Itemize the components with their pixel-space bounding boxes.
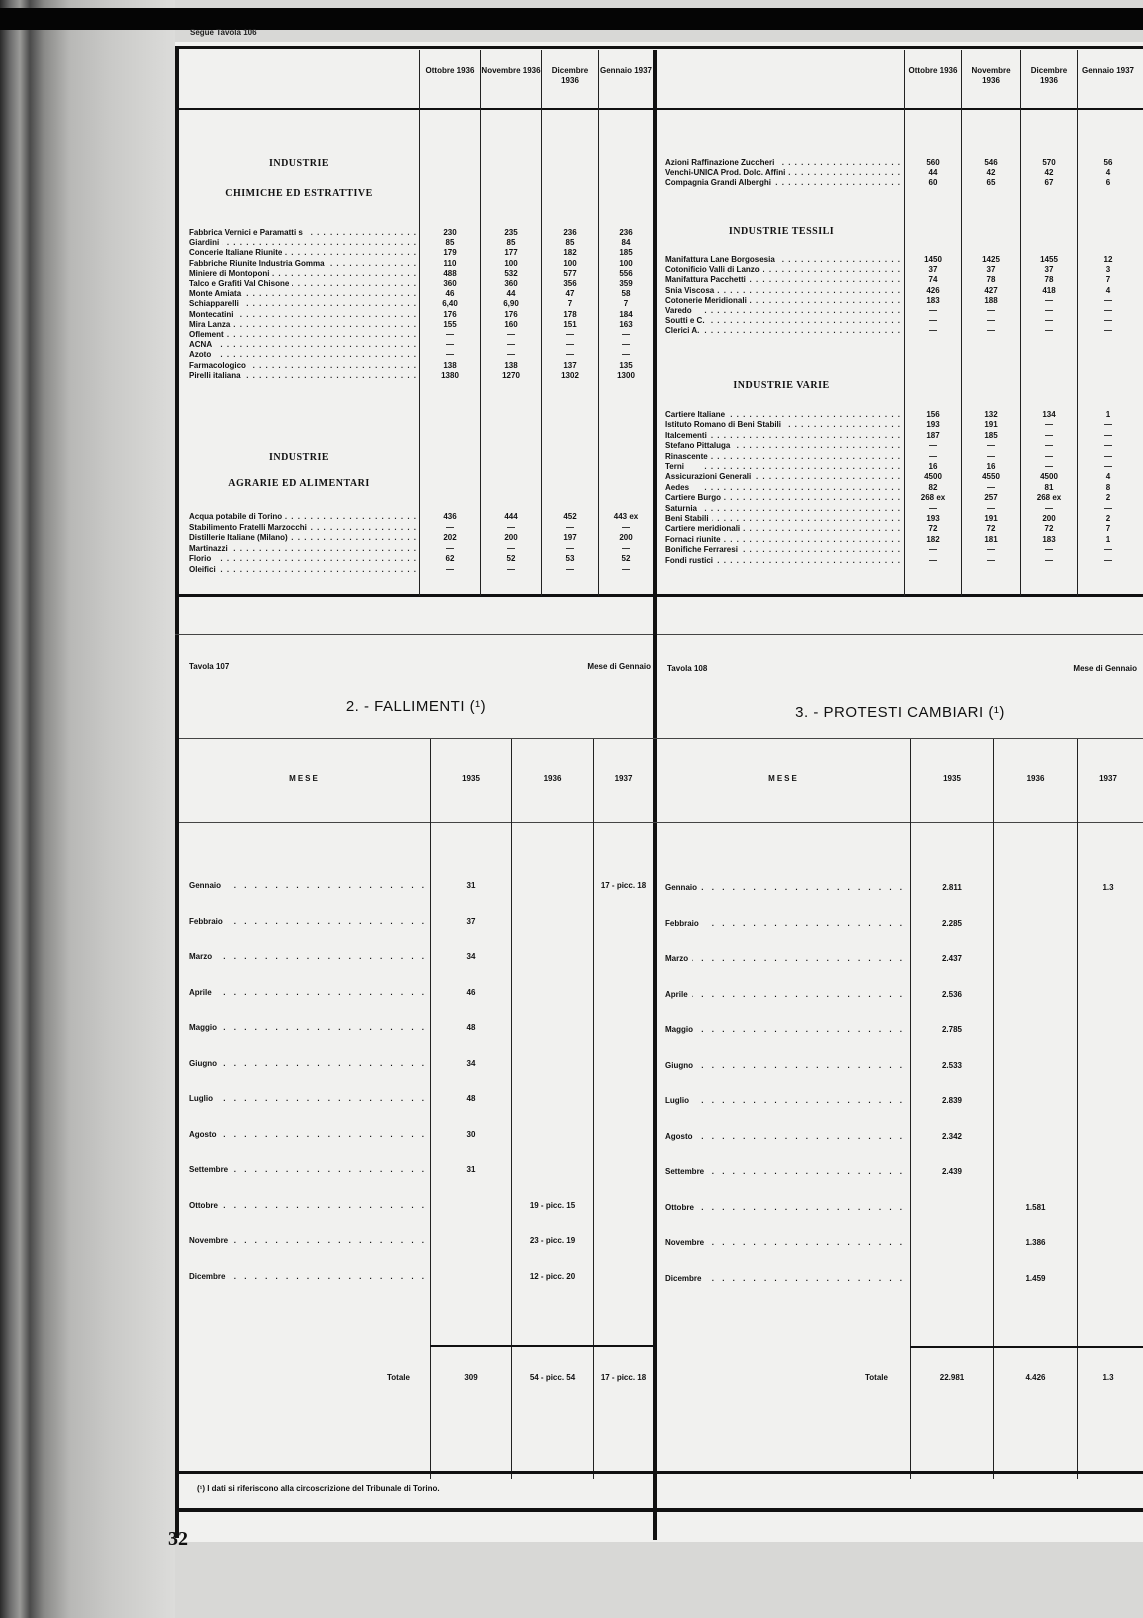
row-label: Talco e Grafiti Val Chisone bbox=[189, 279, 292, 289]
leader-dots: . . . . . . . . . . . . . . . . . . . . … bbox=[665, 504, 901, 514]
section-title-varie: INDUSTRIE VARIE bbox=[659, 380, 904, 391]
cell-value: 53 bbox=[542, 554, 598, 564]
cell-value: 134 bbox=[1021, 410, 1077, 420]
row-label: Italcementi bbox=[665, 431, 710, 441]
cell-value: 230 bbox=[420, 228, 480, 238]
row-label: Concerie Italiane Riunite bbox=[189, 248, 285, 258]
month-label: Marzo bbox=[189, 951, 216, 963]
cell-value: — bbox=[542, 350, 598, 360]
row-label: Cartiere Burgo bbox=[665, 493, 724, 503]
month-label: Luglio bbox=[189, 1093, 217, 1105]
section-title-agrarie-2: AGRARIE ED ALIMENTARI bbox=[179, 478, 419, 489]
cell-value: — bbox=[420, 565, 480, 575]
cell-value: 72 bbox=[905, 524, 961, 534]
table-row: . . . . . . . . . . . . . . . . . . . . … bbox=[189, 350, 653, 360]
row-label: Cartiere Italiane bbox=[665, 410, 728, 420]
col-header-novembre-1936-right: Novembre 1936 bbox=[962, 66, 1020, 86]
cell-value: 2 bbox=[1078, 493, 1138, 503]
table-row: . . . . . . . . . . . . . . . . . . . . … bbox=[189, 565, 653, 575]
cell-value: — bbox=[1021, 556, 1077, 566]
row-label: Montecatini bbox=[189, 310, 236, 320]
cell-value: — bbox=[962, 316, 1020, 326]
month-row: . . . . . . . . . . . . . . . . . . . . … bbox=[189, 916, 669, 928]
cell-value: 236 bbox=[599, 228, 653, 238]
cell-value: 138 bbox=[420, 361, 480, 371]
cell-value: 67 bbox=[1021, 178, 1077, 188]
cell-value: 200 bbox=[599, 533, 653, 543]
top-rule bbox=[175, 46, 1143, 49]
cell-value: 1455 bbox=[1021, 255, 1077, 265]
cell-value: — bbox=[905, 441, 961, 451]
col-divider bbox=[430, 739, 431, 1479]
row-label: Azoto bbox=[189, 350, 214, 360]
row-label: Clerici A. bbox=[665, 326, 702, 336]
section-title-agrarie-1: INDUSTRIE bbox=[179, 452, 419, 463]
month-row: . . . . . . . . . . . . . . . . . . . . … bbox=[665, 1273, 1143, 1285]
row-label: Schiapparelli bbox=[189, 299, 242, 309]
table-row: . . . . . . . . . . . . . . . . . . . . … bbox=[189, 361, 653, 371]
row-label: Rinascente bbox=[665, 452, 711, 462]
cell-value-1936: 19 - picc. 15 bbox=[512, 1200, 593, 1212]
cell-value-1937: 1.3 bbox=[1078, 882, 1138, 894]
cell-value-1935: 34 bbox=[431, 1058, 511, 1070]
cell-value: 135 bbox=[599, 361, 653, 371]
cell-value: 56 bbox=[1078, 158, 1138, 168]
cell-value: 236 bbox=[542, 228, 598, 238]
cell-value: 182 bbox=[905, 535, 961, 545]
total-row: Totale30954 - picc. 5417 - picc. 18 bbox=[189, 1372, 669, 1384]
cell-value: — bbox=[420, 350, 480, 360]
cell-value: 181 bbox=[962, 535, 1020, 545]
cell-value: 183 bbox=[905, 296, 961, 306]
row-label: Cartiere meridionali bbox=[665, 524, 743, 534]
cell-value: 42 bbox=[1021, 168, 1077, 178]
cell-value: — bbox=[1078, 545, 1138, 555]
table-107-title: 2. - FALLIMENTI (¹) bbox=[179, 698, 653, 715]
cell-value: 100 bbox=[599, 259, 653, 269]
cell-value: 560 bbox=[905, 158, 961, 168]
row-label: Pirelli italiana bbox=[189, 371, 244, 381]
leader-dots: . . . . . . . . . . . . . . . . . . . . … bbox=[665, 462, 901, 472]
table-row: . . . . . . . . . . . . . . . . . . . . … bbox=[665, 306, 1138, 316]
month-row: . . . . . . . . . . . . . . . . . . . . … bbox=[189, 951, 669, 963]
cell-value: 188 bbox=[962, 296, 1020, 306]
cell-value: 6,40 bbox=[420, 299, 480, 309]
cell-value: — bbox=[905, 316, 961, 326]
cell-value-1935: 2.811 bbox=[911, 882, 993, 894]
cell-value-1936: 1.459 bbox=[994, 1273, 1077, 1285]
cell-value: 202 bbox=[420, 533, 480, 543]
table-108-label: Tavola 108 bbox=[667, 664, 707, 673]
row-label: Fabbrica Vernici e Paramatti s bbox=[189, 228, 306, 238]
col-header-ottobre-1936: Ottobre 1936 bbox=[420, 66, 480, 76]
leader-dots: . . . . . . . . . . . . . . . . . . . . … bbox=[665, 1060, 905, 1072]
cell-value-1935: 30 bbox=[431, 1129, 511, 1141]
cell-value: 235 bbox=[481, 228, 541, 238]
running-header-left: Segue Tavola 106 bbox=[190, 28, 257, 37]
cell-value: — bbox=[905, 545, 961, 555]
col-header-1935-108: 1935 bbox=[911, 774, 993, 784]
cell-value: 193 bbox=[905, 420, 961, 430]
cell-value: 12 bbox=[1078, 255, 1138, 265]
table-row: . . . . . . . . . . . . . . . . . . . . … bbox=[665, 275, 1138, 285]
cell-value: 72 bbox=[962, 524, 1020, 534]
cell-value: 6 bbox=[1078, 178, 1138, 188]
cell-value: 3 bbox=[1078, 265, 1138, 275]
row-label: Martinazzi bbox=[189, 544, 231, 554]
cell-value: 44 bbox=[481, 289, 541, 299]
table-row: . . . . . . . . . . . . . . . . . . . . … bbox=[189, 248, 653, 258]
col-header-1937-108: 1937 bbox=[1078, 774, 1138, 784]
cell-value: — bbox=[481, 565, 541, 575]
month-label: Aprile bbox=[665, 989, 692, 1001]
table-108-period: Mese di Gennaio bbox=[1037, 664, 1137, 673]
cell-value: — bbox=[1021, 545, 1077, 555]
table-row: . . . . . . . . . . . . . . . . . . . . … bbox=[189, 299, 653, 309]
cell-value: 359 bbox=[599, 279, 653, 289]
cell-value: — bbox=[962, 441, 1020, 451]
cell-value: 268 ex bbox=[905, 493, 961, 503]
row-label: Farmacologico bbox=[189, 361, 249, 371]
footnote: (¹) I dati si riferiscono alla circoscri… bbox=[197, 1484, 440, 1493]
row-label: Soutti e C. bbox=[665, 316, 708, 326]
cell-value-1935: 31 bbox=[431, 880, 511, 892]
cell-value: 82 bbox=[905, 483, 961, 493]
section-title-tessili: INDUSTRIE TESSILI bbox=[659, 226, 904, 237]
cell-value: — bbox=[1078, 462, 1138, 472]
table-row: . . . . . . . . . . . . . . . . . . . . … bbox=[665, 514, 1138, 524]
table-row: . . . . . . . . . . . . . . . . . . . . … bbox=[189, 371, 653, 381]
cell-value: — bbox=[1021, 316, 1077, 326]
cell-value-1935: 2.839 bbox=[911, 1095, 993, 1107]
cell-value: — bbox=[905, 556, 961, 566]
month-row: . . . . . . . . . . . . . . . . . . . . … bbox=[189, 1129, 669, 1141]
cell-value: 546 bbox=[962, 158, 1020, 168]
month-label: Ottobre bbox=[189, 1200, 222, 1212]
cell-value: 16 bbox=[905, 462, 961, 472]
cell-value: — bbox=[962, 545, 1020, 555]
page-number: 32 bbox=[168, 1528, 188, 1551]
cell-value: — bbox=[1021, 452, 1077, 462]
cell-value: 138 bbox=[481, 361, 541, 371]
table-row: . . . . . . . . . . . . . . . . . . . . … bbox=[189, 238, 653, 248]
month-row: . . . . . . . . . . . . . . . . . . . . … bbox=[665, 1202, 1143, 1214]
leader-dots: . . . . . . . . . . . . . . . . . . . . … bbox=[665, 989, 905, 1001]
row-label: Saturnia bbox=[665, 504, 700, 514]
total-value-1937: 1.3 bbox=[1078, 1372, 1138, 1384]
total-value-1936: 54 - picc. 54 bbox=[512, 1372, 593, 1384]
cell-value-1935: 2.285 bbox=[911, 918, 993, 930]
cell-value: — bbox=[1021, 441, 1077, 451]
month-label: Novembre bbox=[665, 1237, 708, 1249]
month-row: . . . . . . . . . . . . . . . . . . . . … bbox=[665, 1166, 1143, 1178]
row-label: Snia Viscosa bbox=[665, 286, 717, 296]
cell-value: 1300 bbox=[599, 371, 653, 381]
section-title-chimiche-2: CHIMICHE ED ESTRATTIVE bbox=[179, 188, 419, 199]
month-label: Dicembre bbox=[665, 1273, 705, 1285]
cell-value-1936: 23 - picc. 19 bbox=[512, 1235, 593, 1247]
scan-binding-edge bbox=[0, 0, 175, 1618]
table-row: . . . . . . . . . . . . . . . . . . . . … bbox=[665, 556, 1138, 566]
month-row: . . . . . . . . . . . . . . . . . . . . … bbox=[665, 1060, 1143, 1072]
total-value-1935: 309 bbox=[431, 1372, 511, 1384]
cell-value-1935: 34 bbox=[431, 951, 511, 963]
cell-value: 60 bbox=[905, 178, 961, 188]
row-label: Stabilimento Fratelli Marzocchi bbox=[189, 523, 310, 533]
table-row: . . . . . . . . . . . . . . . . . . . . … bbox=[665, 178, 1138, 188]
table-row: . . . . . . . . . . . . . . . . . . . . … bbox=[665, 441, 1138, 451]
table-row: . . . . . . . . . . . . . . . . . . . . … bbox=[665, 265, 1138, 275]
month-label: Marzo bbox=[665, 953, 692, 965]
col-header-novembre-1936: Novembre 1936 bbox=[481, 66, 541, 76]
cell-value: 452 bbox=[542, 512, 598, 522]
document-page: Ottobre 1936 Novembre 1936 Dicembre 1936… bbox=[175, 42, 1143, 1542]
cell-value: — bbox=[962, 556, 1020, 566]
cell-value: 65 bbox=[962, 178, 1020, 188]
cell-value: 176 bbox=[420, 310, 480, 320]
table-row: . . . . . . . . . . . . . . . . . . . . … bbox=[189, 330, 653, 340]
table-row: . . . . . . . . . . . . . . . . . . . . … bbox=[665, 462, 1138, 472]
row-label: Manifattura Lane Borgosesia bbox=[665, 255, 778, 265]
table-row: . . . . . . . . . . . . . . . . . . . . … bbox=[665, 410, 1138, 420]
month-label: Febbraio bbox=[665, 918, 703, 930]
table-row: . . . . . . . . . . . . . . . . . . . . … bbox=[189, 512, 653, 522]
section-divider-rule-2 bbox=[175, 634, 1143, 635]
month-label: Dicembre bbox=[189, 1271, 229, 1283]
cell-value: 78 bbox=[962, 275, 1020, 285]
month-label: Settembre bbox=[189, 1164, 232, 1176]
row-label: Cotonerie Meridionali bbox=[665, 296, 750, 306]
cell-value: — bbox=[1078, 556, 1138, 566]
cell-value: — bbox=[905, 504, 961, 514]
table-row: . . . . . . . . . . . . . . . . . . . . … bbox=[665, 524, 1138, 534]
cell-value: 4500 bbox=[905, 472, 961, 482]
row-label: Acqua potabile di Torino bbox=[189, 512, 285, 522]
col-divider bbox=[993, 739, 994, 1479]
cell-value: 426 bbox=[905, 286, 961, 296]
leader-dots: . . . . . . . . . . . . . . . . . . . . … bbox=[189, 1058, 427, 1070]
cell-value: — bbox=[542, 544, 598, 554]
total-rule-107 bbox=[430, 1345, 653, 1347]
month-label: Giugno bbox=[665, 1060, 697, 1072]
leader-dots: . . . . . . . . . . . . . . . . . . . . … bbox=[665, 306, 901, 316]
cell-value: — bbox=[1078, 420, 1138, 430]
header-rule bbox=[175, 108, 1143, 110]
leader-dots: . . . . . . . . . . . . . . . . . . . . … bbox=[189, 1093, 427, 1105]
cell-value: — bbox=[420, 523, 480, 533]
table-108-title: 3. - PROTESTI CAMBIARI (¹) bbox=[657, 704, 1143, 721]
cell-value: 156 bbox=[905, 410, 961, 420]
cell-value: 443 ex bbox=[599, 512, 653, 522]
cell-value: 78 bbox=[1021, 275, 1077, 285]
leader-dots: . . . . . . . . . . . . . . . . . . . . … bbox=[189, 350, 417, 360]
row-label: Fornaci riunite bbox=[665, 535, 724, 545]
month-row: . . . . . . . . . . . . . . . . . . . . … bbox=[665, 1095, 1143, 1107]
cell-value: — bbox=[1021, 420, 1077, 430]
total-row: Totale22.9814.4261.3 bbox=[665, 1372, 1143, 1384]
cell-value: — bbox=[1078, 452, 1138, 462]
total-value-1936: 4.426 bbox=[994, 1372, 1077, 1384]
cell-value: — bbox=[1078, 306, 1138, 316]
col-header-1936: 1936 bbox=[512, 774, 593, 784]
month-row: . . . . . . . . . . . . . . . . . . . . … bbox=[189, 1235, 669, 1247]
cell-value: 58 bbox=[599, 289, 653, 299]
month-row: . . . . . . . . . . . . . . . . . . . . … bbox=[189, 1271, 669, 1283]
leader-dots: . . . . . . . . . . . . . . . . . . . . … bbox=[189, 565, 417, 575]
cell-value: 37 bbox=[905, 265, 961, 275]
cell-value: 360 bbox=[481, 279, 541, 289]
cell-value: 197 bbox=[542, 533, 598, 543]
row-label: Beni Stabili bbox=[665, 514, 712, 524]
cell-value: — bbox=[599, 330, 653, 340]
month-label: Agosto bbox=[189, 1129, 221, 1141]
cell-value: — bbox=[1078, 504, 1138, 514]
cell-value: 74 bbox=[905, 275, 961, 285]
table-row: . . . . . . . . . . . . . . . . . . . . … bbox=[665, 158, 1138, 168]
row-label: Aedes bbox=[665, 483, 692, 493]
cell-value: 436 bbox=[420, 512, 480, 522]
cell-value: 7 bbox=[599, 299, 653, 309]
cell-value: 570 bbox=[1021, 158, 1077, 168]
cell-value: 151 bbox=[542, 320, 598, 330]
month-row: . . . . . . . . . . . . . . . . . . . . … bbox=[665, 918, 1143, 930]
cell-value-1936: 12 - picc. 20 bbox=[512, 1271, 593, 1283]
row-label: Mira Lanza bbox=[189, 320, 233, 330]
left-rule bbox=[175, 48, 179, 1538]
cell-value: 1302 bbox=[542, 371, 598, 381]
cell-value-1937: 17 - picc. 18 bbox=[594, 880, 653, 892]
table-row: . . . . . . . . . . . . . . . . . . . . … bbox=[189, 279, 653, 289]
cell-value: 37 bbox=[962, 265, 1020, 275]
col-divider bbox=[910, 739, 911, 1479]
cell-value: 179 bbox=[420, 248, 480, 258]
cell-value: — bbox=[1078, 316, 1138, 326]
row-label: Istituto Romano di Beni Stabili bbox=[665, 420, 784, 430]
cell-value: 137 bbox=[542, 361, 598, 371]
cell-value: 4 bbox=[1078, 286, 1138, 296]
cell-value: 44 bbox=[905, 168, 961, 178]
cell-value: — bbox=[1078, 296, 1138, 306]
month-row: . . . . . . . . . . . . . . . . . . . . … bbox=[189, 1058, 669, 1070]
cell-value: 191 bbox=[962, 514, 1020, 524]
cell-value: 176 bbox=[481, 310, 541, 320]
cell-value: — bbox=[481, 340, 541, 350]
cell-value: 81 bbox=[1021, 483, 1077, 493]
row-label: Oleifici bbox=[189, 565, 219, 575]
table-row: . . . . . . . . . . . . . . . . . . . . … bbox=[189, 310, 653, 320]
cell-value: 360 bbox=[420, 279, 480, 289]
row-label: Fabbriche Riunite Industria Gomma bbox=[189, 259, 328, 269]
row-label: Bonifiche Ferraresi bbox=[665, 545, 741, 555]
cell-value: — bbox=[905, 326, 961, 336]
cell-value: — bbox=[1021, 462, 1077, 472]
cell-value: — bbox=[905, 452, 961, 462]
row-label: Miniere di Montoponi bbox=[189, 269, 272, 279]
cell-value: 191 bbox=[962, 420, 1020, 430]
cell-value: — bbox=[1078, 431, 1138, 441]
cell-value: — bbox=[1021, 296, 1077, 306]
table-row: . . . . . . . . . . . . . . . . . . . . … bbox=[665, 472, 1138, 482]
leader-dots: . . . . . . . . . . . . . . . . . . . . … bbox=[665, 1095, 905, 1107]
col-header-dicembre-1936-right: Dicembre 1936 bbox=[1021, 66, 1077, 86]
cell-value: — bbox=[1021, 431, 1077, 441]
cell-value: 444 bbox=[481, 512, 541, 522]
cell-value: 268 ex bbox=[1021, 493, 1077, 503]
table-row: . . . . . . . . . . . . . . . . . . . . … bbox=[665, 326, 1138, 336]
cell-value: 163 bbox=[599, 320, 653, 330]
cell-value: 257 bbox=[962, 493, 1020, 503]
scan-top-shadow bbox=[0, 8, 1143, 30]
leader-dots: . . . . . . . . . . . . . . . . . . . . … bbox=[665, 483, 901, 493]
row-label: Azioni Raffinazione Zuccheri bbox=[665, 158, 777, 168]
cell-value: 177 bbox=[481, 248, 541, 258]
cell-value: — bbox=[481, 523, 541, 533]
table-row: . . . . . . . . . . . . . . . . . . . . … bbox=[665, 493, 1138, 503]
total-label: Totale bbox=[865, 1372, 888, 1384]
month-label: Settembre bbox=[665, 1166, 708, 1178]
cell-value: — bbox=[481, 544, 541, 554]
col-header-gennaio-1937: Gennaio 1937 bbox=[599, 66, 653, 76]
cell-value: — bbox=[962, 326, 1020, 336]
month-row: . . . . . . . . . . . . . . . . . . . . … bbox=[665, 1131, 1143, 1143]
col-header-1936-108: 1936 bbox=[994, 774, 1077, 784]
table-row: . . . . . . . . . . . . . . . . . . . . … bbox=[665, 316, 1138, 326]
cell-value: 110 bbox=[420, 259, 480, 269]
table-row: . . . . . . . . . . . . . . . . . . . . … bbox=[189, 228, 653, 238]
cell-value: 42 bbox=[962, 168, 1020, 178]
leader-dots: . . . . . . . . . . . . . . . . . . . . … bbox=[189, 340, 417, 350]
cell-value: 200 bbox=[481, 533, 541, 543]
total-label: Totale bbox=[387, 1372, 410, 1384]
table-row: . . . . . . . . . . . . . . . . . . . . … bbox=[189, 289, 653, 299]
leader-dots: . . . . . . . . . . . . . . . . . . . . … bbox=[189, 1200, 427, 1212]
cell-value-1935: 48 bbox=[431, 1093, 511, 1105]
table-row: . . . . . . . . . . . . . . . . . . . . … bbox=[189, 533, 653, 543]
cell-value: 4500 bbox=[1021, 472, 1077, 482]
month-label: Novembre bbox=[189, 1235, 232, 1247]
leader-dots: . . . . . . . . . . . . . . . . . . . . … bbox=[665, 1024, 905, 1036]
col-header-mese-108: MESE bbox=[657, 774, 910, 784]
bottom-rule bbox=[175, 1508, 1143, 1512]
cell-value: 4 bbox=[1078, 472, 1138, 482]
cell-value: — bbox=[542, 340, 598, 350]
cell-value: 193 bbox=[905, 514, 961, 524]
col-header-1935: 1935 bbox=[431, 774, 511, 784]
row-label: Terni bbox=[665, 462, 687, 472]
table-row: . . . . . . . . . . . . . . . . . . . . … bbox=[189, 340, 653, 350]
table-row: . . . . . . . . . . . . . . . . . . . . … bbox=[665, 535, 1138, 545]
cell-value: 37 bbox=[1021, 265, 1077, 275]
month-label: Aprile bbox=[189, 987, 216, 999]
cell-value: — bbox=[542, 330, 598, 340]
month-row: . . . . . . . . . . . . . . . . . . . . … bbox=[189, 880, 669, 892]
month-row: . . . . . . . . . . . . . . . . . . . . … bbox=[665, 1237, 1143, 1249]
month-label: Ottobre bbox=[665, 1202, 698, 1214]
section-divider-rule bbox=[175, 594, 1143, 597]
cell-value: — bbox=[599, 340, 653, 350]
cell-value: — bbox=[481, 330, 541, 340]
month-label: Gennaio bbox=[189, 880, 225, 892]
cell-value: 532 bbox=[481, 269, 541, 279]
cell-value: 1380 bbox=[420, 371, 480, 381]
cell-value: 8 bbox=[1078, 483, 1138, 493]
cell-value: — bbox=[599, 523, 653, 533]
month-row: . . . . . . . . . . . . . . . . . . . . … bbox=[665, 882, 1143, 894]
cell-value: 62 bbox=[420, 554, 480, 564]
cell-value: — bbox=[1021, 306, 1077, 316]
cell-value-1935: 37 bbox=[431, 916, 511, 928]
cell-value: 47 bbox=[542, 289, 598, 299]
